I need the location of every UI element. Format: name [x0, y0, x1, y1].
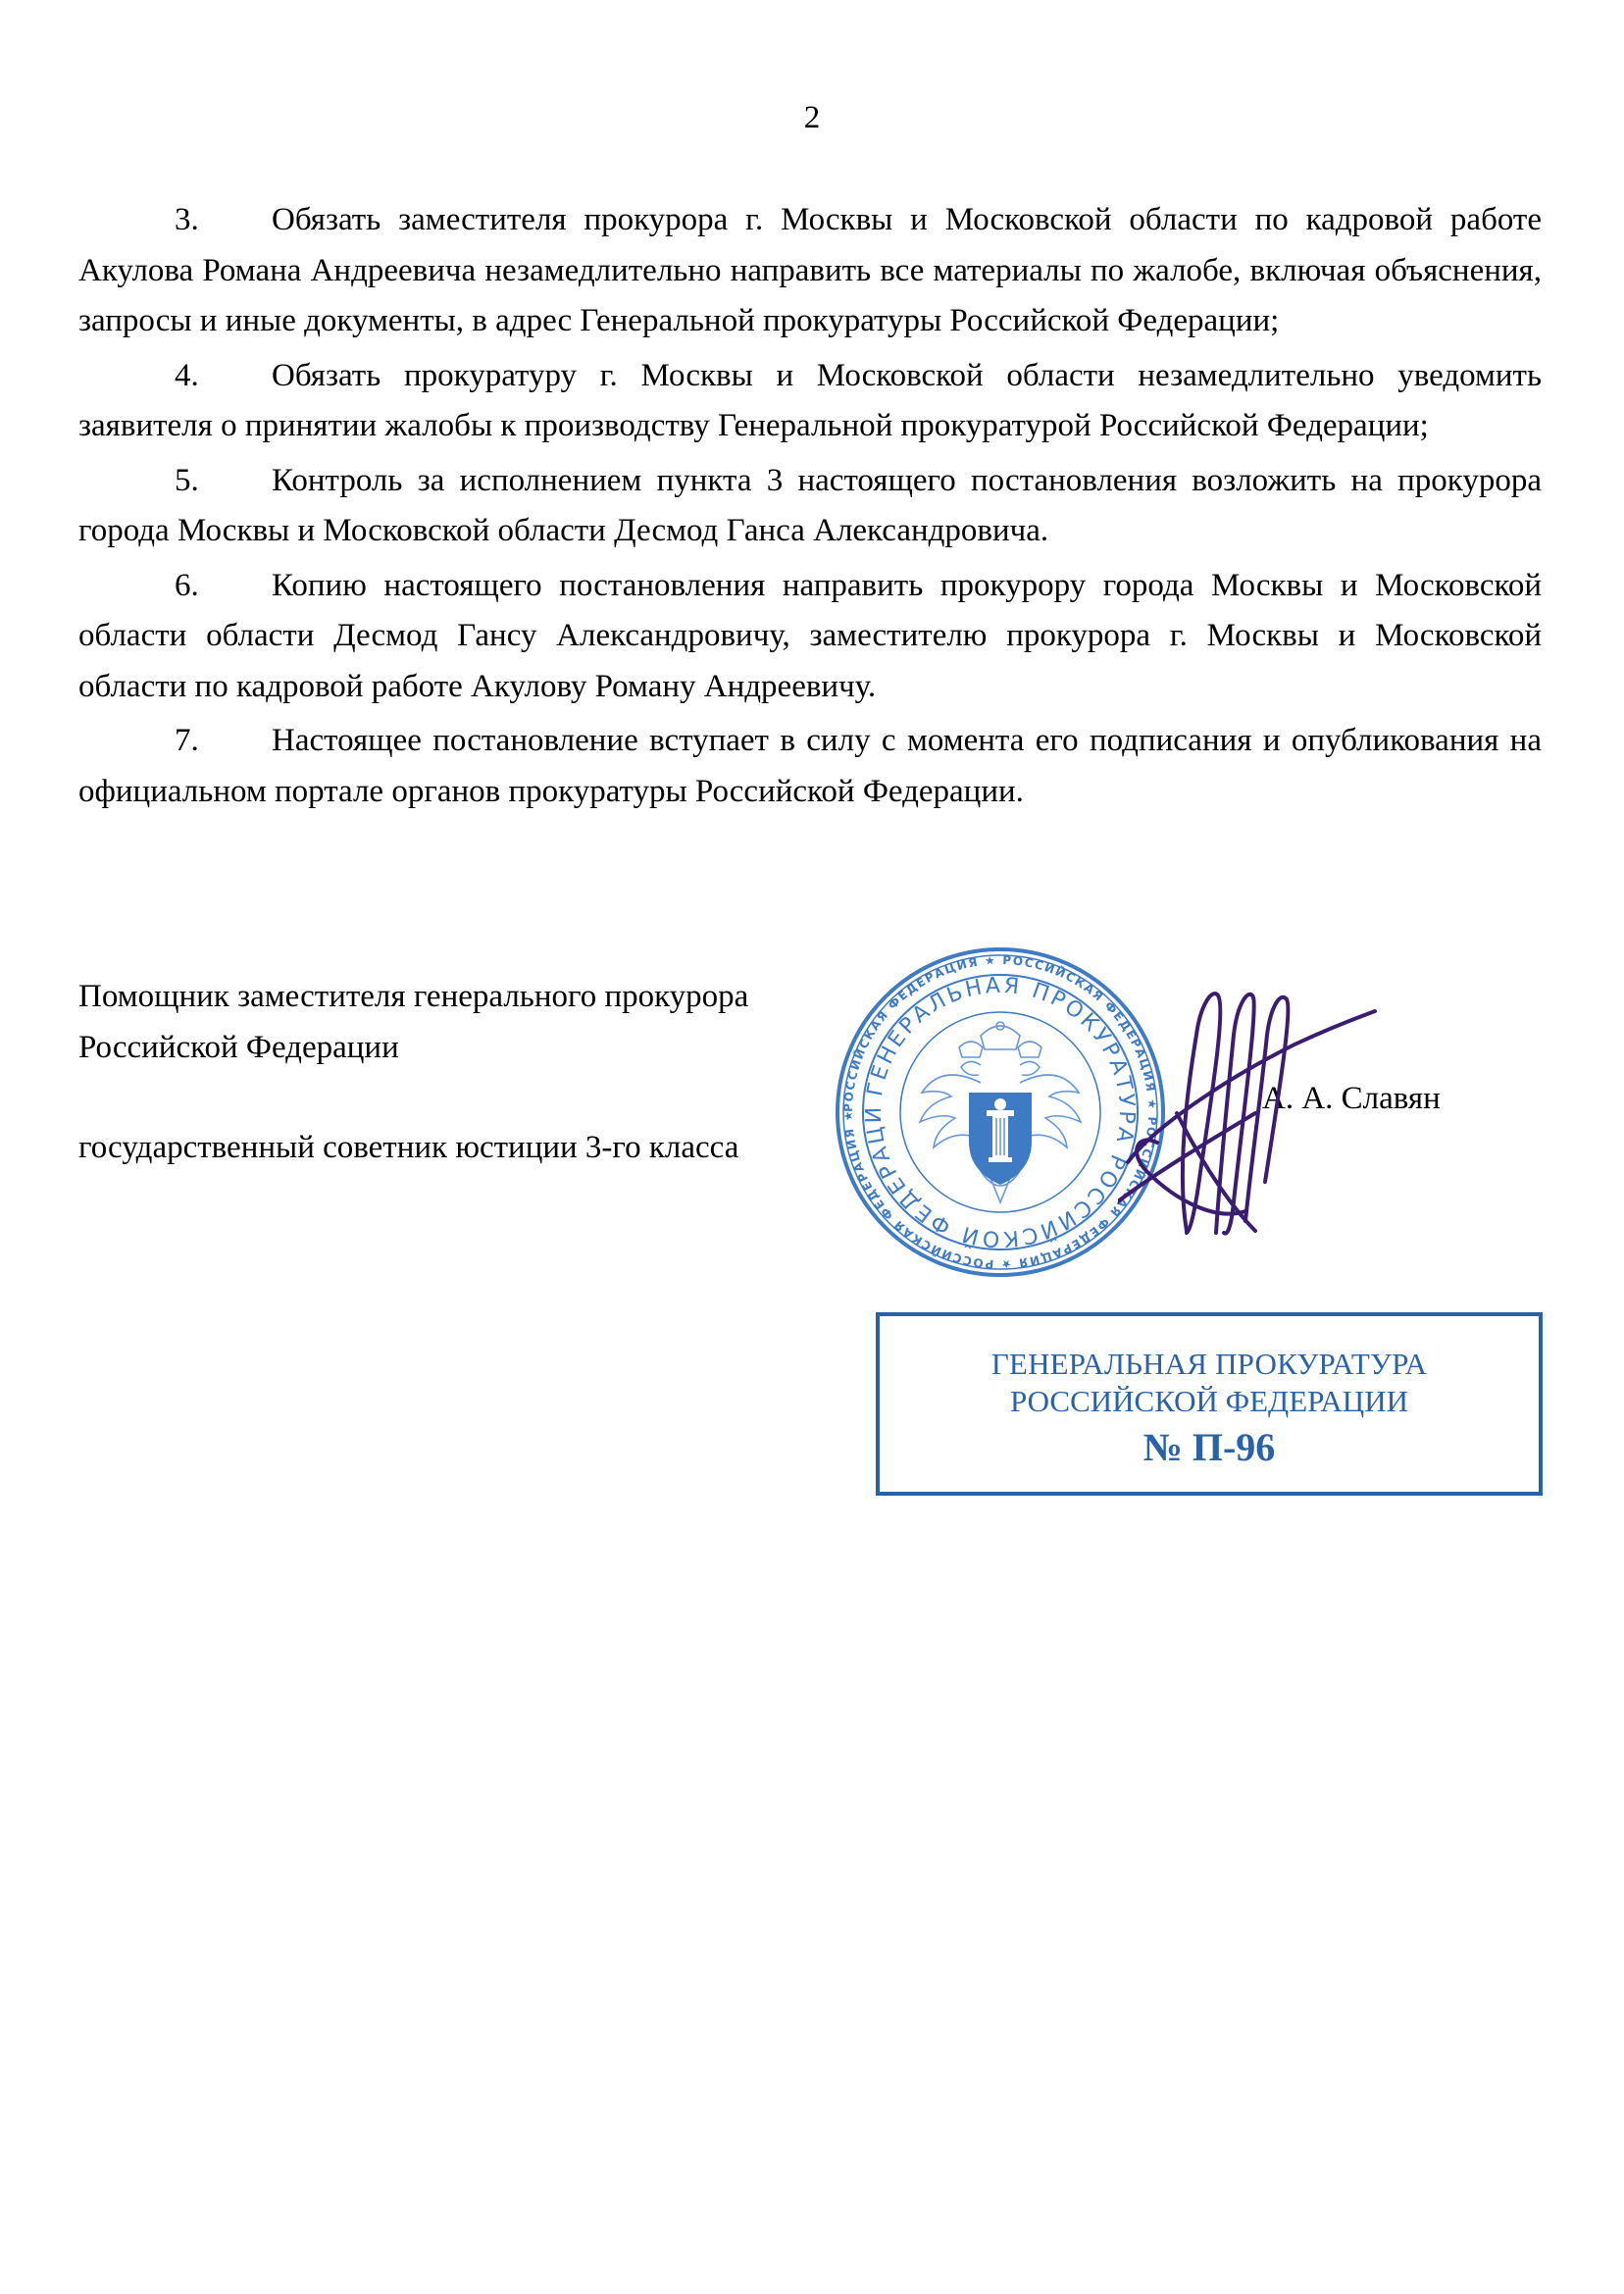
paragraph-number: 7.: [175, 716, 272, 767]
paragraph-6: 6.Копию настоящего постановления направи…: [78, 561, 1542, 713]
paragraph-number: 3.: [175, 195, 272, 246]
paragraph-4: 4.Обязать прокуратуру г. Москвы и Москов…: [78, 351, 1542, 452]
paragraph-text: Обязать заместителя прокурора г. Москвы …: [78, 202, 1542, 338]
page-number: 2: [0, 98, 1624, 137]
registration-stamp: ГЕНЕРАЛЬНАЯ ПРОКУРАТУРА РОССИЙСКОЙ ФЕДЕР…: [876, 1312, 1543, 1496]
paragraph-text: Настоящее постановление вступает в силу …: [78, 723, 1542, 809]
paragraph-number: 6.: [175, 561, 272, 612]
paragraph-number: 4.: [175, 351, 272, 402]
document-body: 3.Обязать заместителя прокурора г. Москв…: [78, 195, 1542, 821]
paragraph-text: Обязать прокуратуру г. Москвы и Московск…: [78, 358, 1542, 444]
stamp-number: № П-96: [880, 1420, 1539, 1475]
paragraph-text: Контроль за исполнением пункта 3 настоящ…: [78, 463, 1542, 549]
stamp-line-1: ГЕНЕРАЛЬНАЯ ПРОКУРАТУРА: [880, 1346, 1539, 1383]
stamp-line-2: РОССИЙСКОЙ ФЕДЕРАЦИИ: [880, 1383, 1539, 1420]
paragraph-5: 5.Контроль за исполнением пункта 3 насто…: [78, 456, 1542, 557]
paragraph-3: 3.Обязать заместителя прокурора г. Москв…: [78, 195, 1542, 347]
handwritten-signature: [1118, 976, 1402, 1260]
paragraph-number: 5.: [175, 456, 272, 507]
official-seal-icon: РОССИЙСКАЯ ФЕДЕРАЦИЯ ★ РОССИЙСКАЯ ФЕДЕРА…: [834, 945, 1167, 1279]
paragraph-7: 7.Настоящее постановление вступает в сил…: [78, 716, 1542, 817]
paragraph-text: Копию настоящего постановления направить…: [78, 568, 1542, 704]
